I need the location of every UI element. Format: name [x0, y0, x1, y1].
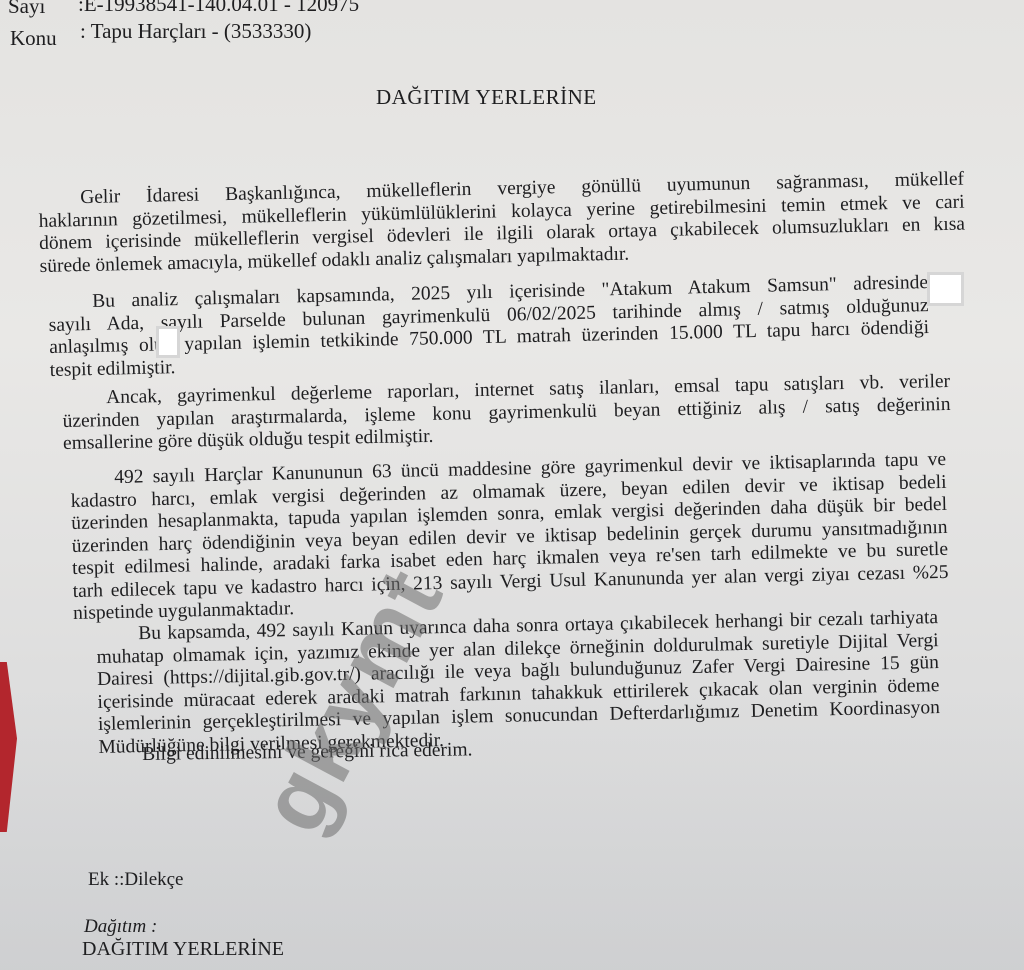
distribution-value: DAĞITIM YERLERİNE: [82, 938, 284, 960]
redacted-ada-number: [927, 272, 964, 306]
paragraph-5: Bu kapsamda, 492 sayılı Kanun uyarınca d…: [96, 607, 941, 759]
konu-value: : Tapu Harçları - (3533330): [80, 20, 311, 42]
redacted-parsel-number: [156, 326, 180, 358]
distribution-label: Dağıtım :: [84, 916, 157, 938]
sayi-label: Sayı: [8, 0, 45, 17]
sayi-value: :E-19938541-140.04.01 - 120975: [78, 0, 359, 15]
paragraph-1: Gelir İdaresi Başkanlığınca, mükellefler…: [38, 169, 966, 278]
document-page: Sayı :E-19938541-140.04.01 - 120975 Konu…: [0, 0, 1024, 970]
attachment-note: Ek ::Dilekçe: [88, 869, 184, 891]
konu-label: Konu: [10, 27, 57, 49]
paragraph-4: 492 sayılı Harçlar Kanununun 63 üncü mad…: [70, 449, 949, 626]
document-title: DAĞITIM YERLERİNE: [376, 86, 597, 108]
paragraph-2: Bu analiz çalışmaları kapsamında, 2025 y…: [48, 272, 930, 382]
paragraph-3: Ancak, gayrimenkul değerleme raporları, …: [62, 371, 951, 456]
